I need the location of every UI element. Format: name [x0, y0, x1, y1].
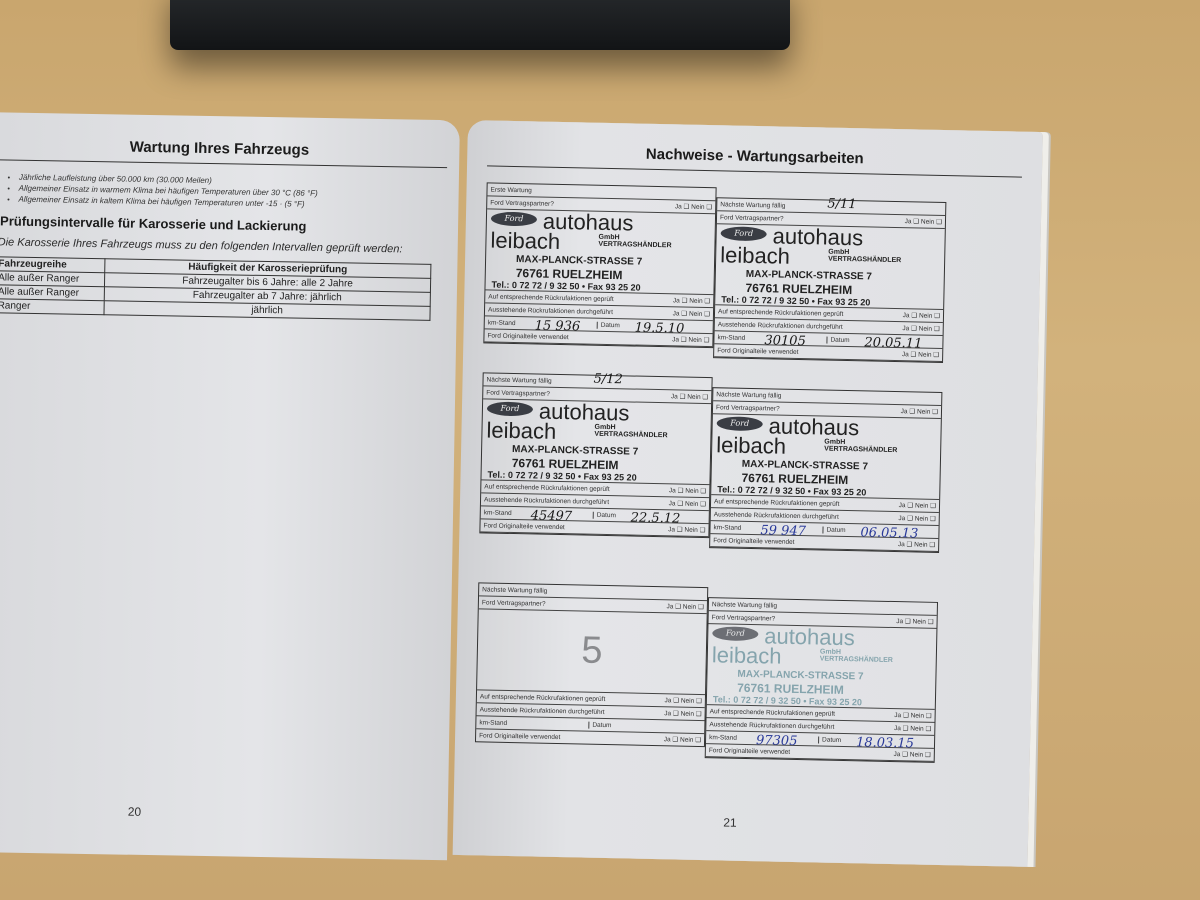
km-handwritten: 45497 — [531, 508, 573, 524]
page-title-left: Wartung Ihres Fahrzeugs — [0, 136, 460, 161]
section-intro: Die Karosserie Ihres Fahrzeugs muss zu d… — [0, 236, 458, 256]
ford-logo-icon: Ford — [491, 212, 537, 227]
service-record-5: Nächste Wartung fälligFord Vertragspartn… — [475, 582, 708, 747]
next-due-handwritten: 5/12 — [593, 372, 623, 388]
service-record-6: Nächste Wartung fälligFord Vertragspartn… — [705, 597, 938, 763]
service-record-3: Nächste Wartung fälligFord Vertragspartn… — [479, 372, 712, 538]
record-body: FordautohausleibachGmbHVERTRAGSHÄNDLERMA… — [707, 624, 937, 710]
km-handwritten: 59 947 — [760, 523, 806, 539]
page-number-right: 21 — [723, 816, 737, 830]
laptop-edge — [170, 0, 790, 50]
booklet-page-left: Wartung Ihres Fahrzeugs Jährliche Laufle… — [0, 112, 460, 860]
conditions-list: Jährliche Laufleistung über 50.000 km (3… — [18, 173, 458, 212]
next-due-handwritten: 5/11 — [827, 197, 857, 213]
date-handwritten: 06.05.13 — [860, 525, 918, 541]
dealer-stamp: FordautohausleibachGmbHVERTRAGSHÄNDLERMA… — [707, 624, 937, 709]
page-number-left: 20 — [128, 805, 142, 819]
record-body: 5 — [477, 609, 707, 695]
record-body: FordautohausleibachGmbHVERTRAGSHÄNDLERMA… — [711, 414, 941, 500]
booklet-page-right: Nachweise - Wartungsarbeiten Erste Wartu… — [453, 120, 1043, 867]
ford-logo-icon: Ford — [721, 226, 767, 241]
km-handwritten: 15 936 — [535, 318, 581, 334]
dealer-stamp: FordautohausleibachGmbHVERTRAGSHÄNDLERMA… — [485, 209, 715, 294]
service-record-1: Erste WartungFord Vertragspartner?Ja ❑ N… — [483, 182, 716, 348]
km-handwritten: 97305 — [756, 733, 798, 749]
record-body: FordautohausleibachGmbHVERTRAGSHÄNDLERMA… — [481, 399, 711, 485]
title-rule — [0, 159, 447, 168]
ford-logo-icon: Ford — [487, 401, 533, 416]
km-handwritten: 30105 — [764, 333, 806, 349]
date-handwritten: 19.5.10 — [635, 321, 685, 337]
date-handwritten: 18.03.15 — [856, 735, 914, 751]
service-record-4: Nächste Wartung fälligFord Vertragspartn… — [709, 387, 942, 553]
record-number: 5 — [581, 629, 603, 672]
dealer-stamp: FordautohausleibachGmbHVERTRAGSHÄNDLERMA… — [711, 414, 941, 499]
record-body: FordautohausleibachGmbHVERTRAGSHÄNDLERMA… — [485, 209, 715, 295]
service-record-2: Nächste Wartung fälligFord Vertragspartn… — [713, 197, 946, 363]
dealer-stamp: FordautohausleibachGmbHVERTRAGSHÄNDLERMA… — [481, 399, 711, 484]
cell: Ranger — [0, 299, 104, 315]
date-handwritten: 22.5.12 — [631, 510, 681, 526]
section-title: Prüfungsintervalle für Karosserie und La… — [0, 213, 458, 236]
ford-logo-icon: Ford — [717, 416, 763, 431]
record-body: FordautohausleibachGmbHVERTRAGSHÄNDLERMA… — [715, 224, 945, 310]
body-inspection-table: Fahrzeugreihe Häufigkeit der Karosseriep… — [0, 256, 431, 321]
date-handwritten: 20.05.11 — [864, 335, 922, 351]
dealer-stamp: FordautohausleibachGmbHVERTRAGSHÄNDLERMA… — [715, 224, 945, 309]
ford-logo-icon: Ford — [712, 626, 758, 641]
